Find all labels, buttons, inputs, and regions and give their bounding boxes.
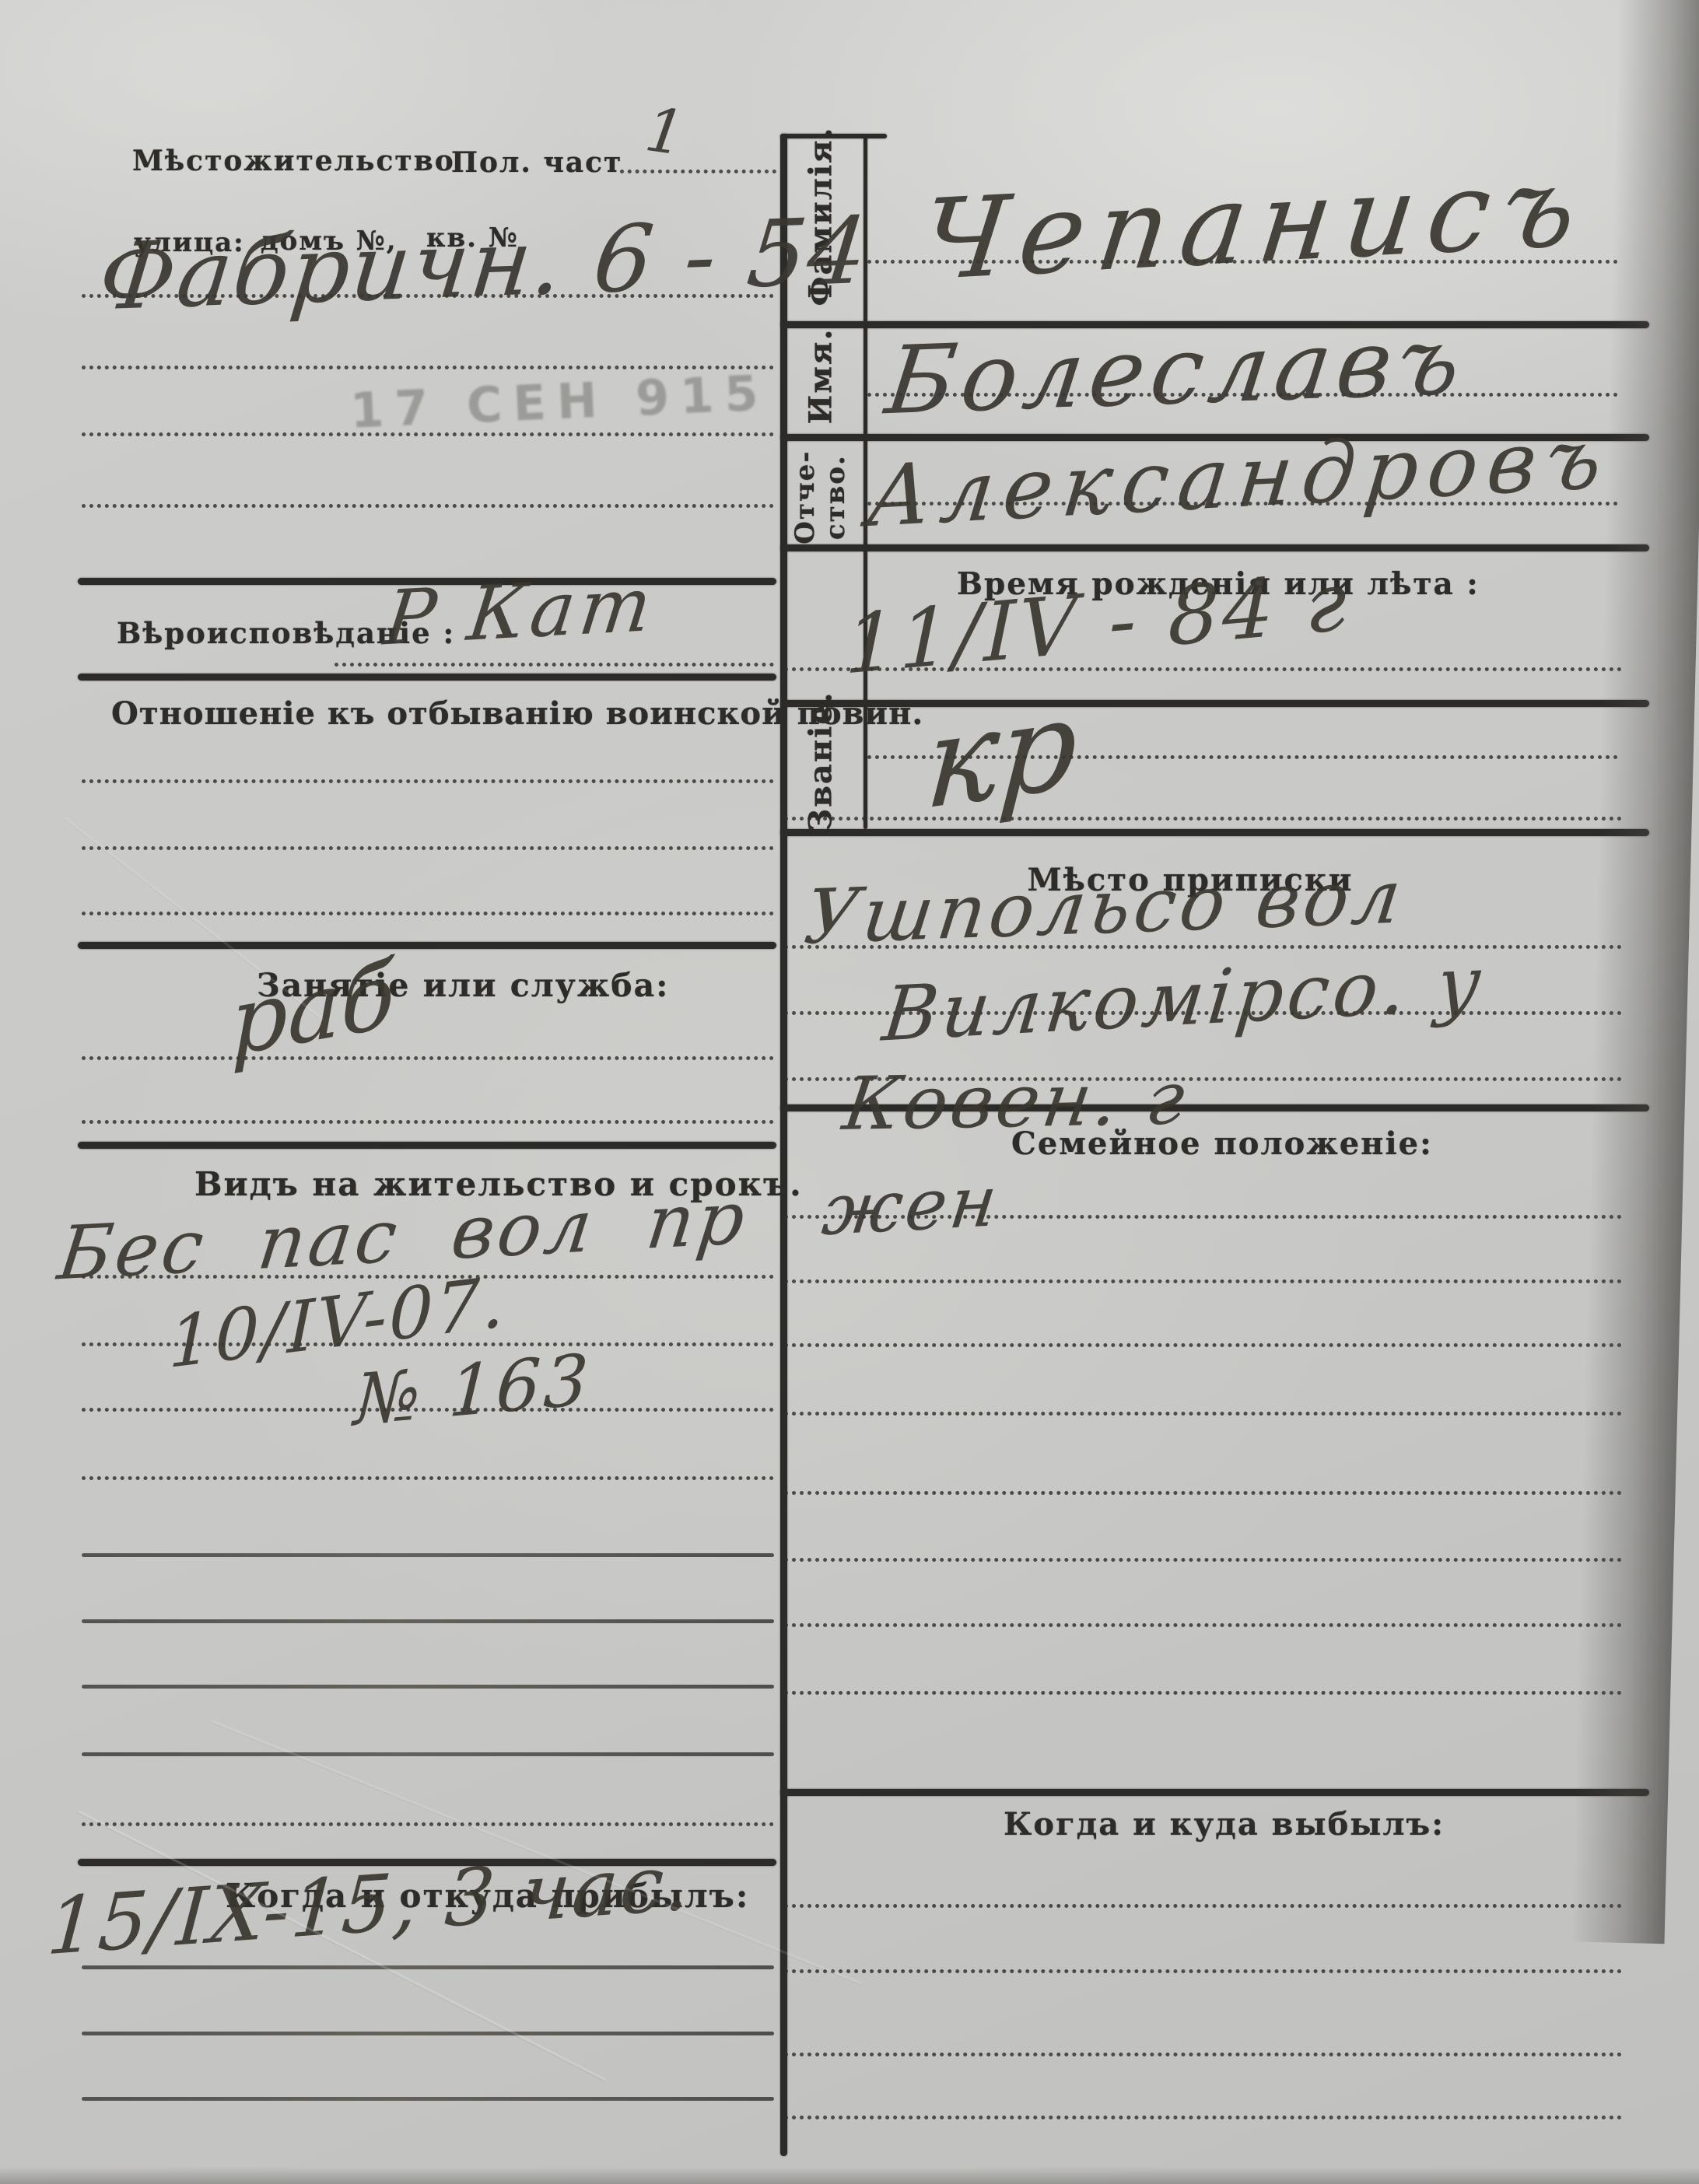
section-divider xyxy=(78,674,776,681)
section-divider xyxy=(78,942,776,949)
registration-card-scan: Мѣстожительство . Пол. част улица: домъ … xyxy=(0,0,1699,2184)
ruled-line xyxy=(82,2097,774,2101)
ruled-line xyxy=(784,2053,1622,2056)
departure-label: Когда и куда выбылъ: xyxy=(1004,1806,1369,1843)
page-edge-shadow xyxy=(1571,0,1699,1944)
ruled-line xyxy=(620,170,776,173)
date-stamp: 17 СЕН 915 xyxy=(349,364,770,439)
registration-value-line3: Ковен. г xyxy=(838,1056,1193,1147)
ruled-line xyxy=(784,1412,1622,1416)
ruled-line xyxy=(82,1685,774,1689)
surname-value: Чепанисъ xyxy=(914,142,1596,306)
ruled-line xyxy=(335,663,774,667)
ruled-line xyxy=(784,1343,1622,1347)
ruled-line xyxy=(784,1279,1622,1283)
ruled-line xyxy=(784,1904,1622,1908)
ruled-line xyxy=(82,1476,774,1480)
ruled-line xyxy=(784,2116,1622,2119)
section-divider xyxy=(780,544,1649,551)
arrival-value: 15/IX-15, 3 час. xyxy=(44,1836,695,1973)
ruled-line xyxy=(784,1691,1622,1695)
patronymic-label: Отче- ство. xyxy=(790,415,851,579)
section-divider xyxy=(780,829,1649,836)
page-bottom-shadow xyxy=(0,2167,1699,2184)
ruled-line xyxy=(82,1056,774,1060)
ruled-line xyxy=(82,1553,774,1557)
ruled-line xyxy=(784,1558,1622,1562)
address-value: Фабричн. 6 - 54 xyxy=(94,196,874,331)
ruled-line xyxy=(784,1491,1622,1495)
rank-value: кр xyxy=(921,671,1082,838)
ruled-line xyxy=(784,817,1622,821)
ruled-line xyxy=(82,1822,774,1826)
ruled-line xyxy=(82,1965,774,1969)
ruled-line xyxy=(82,846,774,850)
ruled-line xyxy=(82,2032,774,2035)
registration-value-line2: Вилкомірсо. у xyxy=(879,939,1489,1058)
firstname-value: Болеславъ xyxy=(881,307,1473,436)
marital-status-value: жен xyxy=(818,1160,1005,1252)
ruled-line xyxy=(784,1969,1622,1973)
police-part-value: 1 xyxy=(641,95,689,170)
ruled-line xyxy=(82,1752,774,1756)
residence-label: Мѣстожительство . xyxy=(132,145,478,177)
ruled-line xyxy=(784,1623,1622,1627)
section-divider xyxy=(780,1789,1649,1796)
ruled-line xyxy=(82,504,774,508)
religion-value: Р Кат xyxy=(380,560,660,662)
ruled-line xyxy=(82,779,774,783)
ruled-line xyxy=(82,1120,774,1124)
police-part-label: Пол. част xyxy=(451,146,622,179)
ruled-line xyxy=(82,1619,774,1623)
rank-label: Званіе. xyxy=(803,684,839,839)
section-divider xyxy=(78,1142,776,1149)
